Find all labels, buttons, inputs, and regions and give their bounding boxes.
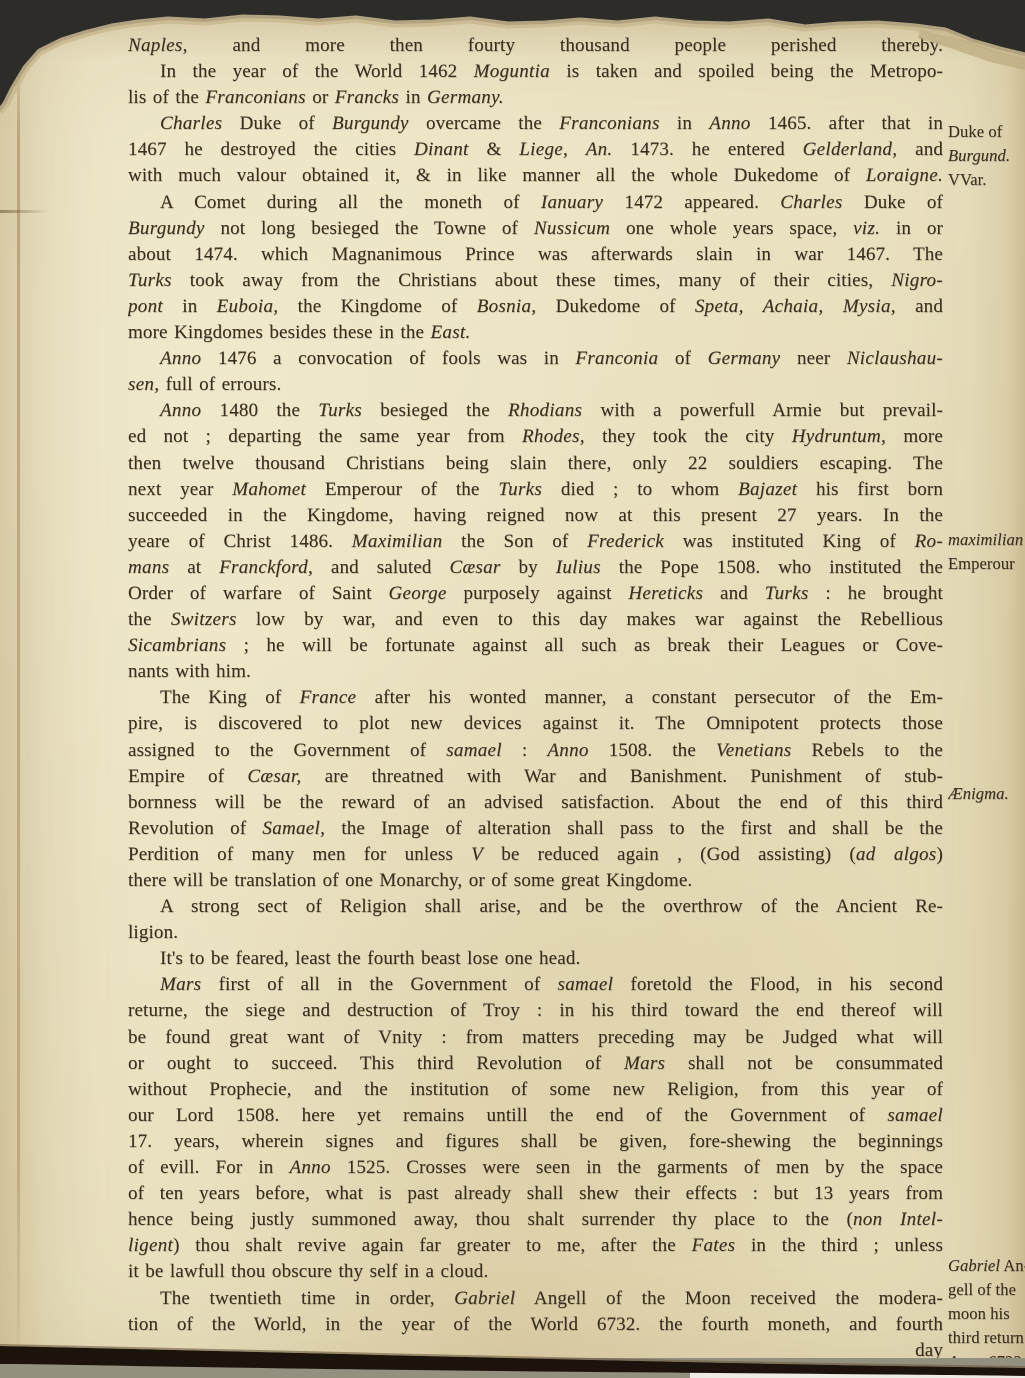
text-segment: in the third ; unless (735, 1235, 943, 1256)
text-line: yeare of Christ 1486. Maximilian the Son… (128, 529, 943, 555)
text-segment: they took the city (585, 426, 792, 447)
margin-note-line: Emperour (948, 552, 1025, 576)
horizontal-crease-mark (0, 210, 48, 213)
text-line: assigned to the Government of samael : A… (128, 738, 943, 764)
italic-text-segment: Rhodes, (522, 426, 585, 447)
italic-text-segment: Gabriel (454, 1288, 515, 1309)
text-segment: of ten years before, what is past alread… (128, 1183, 943, 1204)
margin-note-line: Anno 6732. (948, 1350, 1025, 1374)
italic-text-segment: Anno (289, 1157, 330, 1178)
italic-text-segment: Nussicum (534, 218, 610, 239)
italic-text-segment: maximilian (948, 530, 1023, 549)
text-line: about 1474. which Magnanimous Prince was… (128, 242, 943, 268)
italic-text-segment: ad algos (856, 844, 937, 865)
text-line: of evill. For in Anno 1525. Crosses were… (128, 1155, 943, 1181)
italic-text-segment: Gelderland, (803, 139, 898, 160)
text-segment: are threatned with War and Banishment. P… (301, 766, 943, 787)
text-segment: day (915, 1340, 943, 1361)
text-line: 17. years, wherein signes and figures sh… (128, 1129, 943, 1155)
italic-text-segment: pont (128, 296, 163, 317)
italic-text-segment: Anno (160, 400, 201, 421)
margin-note-line: VVar. (948, 168, 1025, 192)
italic-text-segment: Moguntia (474, 61, 550, 82)
text-line: A strong sect of Religion shall arise, a… (128, 894, 943, 920)
text-line: Naples, and more then fourty thousand pe… (128, 33, 943, 59)
italic-text-segment: samael (887, 1105, 943, 1126)
text-segment: An- (1000, 1256, 1025, 1275)
text-segment: in or (880, 218, 943, 239)
text-line: sen, full of errours. (128, 372, 943, 398)
book-page-scan: Naples, and more then fourty thousand pe… (0, 0, 1025, 1378)
italic-text-segment: Euboia, (217, 296, 279, 317)
text-segment: our Lord 1508. here yet remains untill t… (128, 1105, 887, 1126)
margin-note-line: maximilian (948, 528, 1025, 552)
italic-text-segment: Germany (708, 348, 781, 369)
text-line: A Comet during all the moneth of Ianuary… (128, 190, 943, 216)
text-line: Sicambrians ; he will be fortunate again… (128, 633, 943, 659)
text-segment: be found great want of Vnity : from matt… (128, 1027, 943, 1048)
text-segment: or (306, 87, 335, 108)
text-segment: of evill. For in (128, 1157, 289, 1178)
text-segment: 1467 he destroyed the cities (128, 139, 414, 160)
text-segment: besieged the (362, 400, 508, 421)
italic-text-segment: Ro- (915, 531, 943, 552)
italic-text-segment: sen, (128, 374, 159, 395)
text-segment: purposely against (447, 583, 629, 604)
text-segment: 1476 a convocation of fools was in (201, 348, 575, 369)
italic-text-segment: Franckford, (219, 557, 313, 578)
text-segment: one whole years space, (610, 218, 853, 239)
text-segment: be reduced again , (God assisting) ( (483, 844, 856, 865)
italic-text-segment: Fates (692, 1235, 736, 1256)
text-segment: more (886, 426, 943, 447)
text-segment: by (501, 557, 556, 578)
text-line: next year Mahomet Emperour of the Turks … (128, 477, 943, 503)
text-line: with much valour obtained it, & in like … (128, 163, 943, 189)
italic-text-segment: Anno (160, 348, 201, 369)
text-line: Order of warfare of Saint George purpose… (128, 581, 943, 607)
text-segment: moon his (948, 1304, 1010, 1323)
text-segment: Perdition of many men for unless (128, 844, 471, 865)
italic-text-segment: Cæsar (449, 557, 500, 578)
text-segment: Order of warfare of Saint (128, 583, 389, 604)
text-segment: the Son of (442, 531, 587, 552)
text-segment: after his wonted manner, a constant pers… (356, 687, 943, 708)
text-segment: 1472 appeared. (603, 192, 780, 213)
text-segment: Revolution of (128, 818, 262, 839)
text-segment: The King of (160, 687, 300, 708)
italic-text-segment: Bosnia, (477, 296, 537, 317)
text-line: succeeded in the Kingdome, having reigne… (128, 503, 943, 529)
text-segment: It's to be feared, least the fourth beas… (160, 948, 580, 969)
italic-text-segment: Iulius (556, 557, 601, 578)
text-segment: in (163, 296, 217, 317)
margin-note-line: Duke of (948, 120, 1025, 144)
italic-text-segment: Burgundy (332, 113, 409, 134)
italic-text-segment: Charles (780, 192, 842, 213)
text-line: there will be translation of one Monarch… (128, 868, 943, 894)
italic-text-segment: Anno 6732. (948, 1352, 1025, 1371)
text-segment: more Kingdomes besides these in the (128, 322, 431, 343)
text-segment: at (169, 557, 219, 578)
text-segment: overcame the (409, 113, 560, 134)
text-line: nants with him. (128, 659, 943, 685)
text-segment: assigned to the Government of (128, 740, 446, 761)
italic-text-segment: Gabriel (948, 1256, 1000, 1275)
text-segment: or ought to succeed. This third Revoluti… (128, 1053, 624, 1074)
text-segment: & (469, 139, 520, 160)
italic-text-segment: V (471, 844, 483, 865)
text-line: pire, is discovered to plot new devices … (128, 711, 943, 737)
text-segment: nants with him. (128, 661, 251, 682)
margin-notes-column: Duke ofBurgund.VVar.maximilianEmperourÆn… (948, 0, 1025, 1378)
text-segment: succeeded in the Kingdome, having reigne… (128, 505, 943, 526)
text-line: ligent) thou shalt revive again far grea… (128, 1233, 943, 1259)
text-line: Empire of Cæsar, are threatned with War … (128, 764, 943, 790)
text-segment: of (658, 348, 707, 369)
body-text-column: Naples, and more then fourty thousand pe… (128, 33, 943, 1364)
margin-note-line: Ænigma. (948, 782, 1025, 806)
margin-note-line: third return (948, 1326, 1025, 1350)
text-line: day (128, 1338, 943, 1364)
text-segment: Emperour (948, 554, 1015, 573)
italic-text-segment: Burgund. (948, 146, 1010, 165)
text-segment: ; he will be fortunate against all such … (226, 635, 943, 656)
text-segment: with a powerfull Armie but prevail- (582, 400, 943, 421)
italic-text-segment: Bajazet (738, 479, 797, 500)
text-segment: was instituted King of (664, 531, 915, 552)
text-line: ed not ; departing the same year from Rh… (128, 424, 943, 450)
text-segment: Duke of (948, 122, 1002, 141)
text-line: Burgundy not long besieged the Towne of … (128, 216, 943, 242)
text-line: Charles Duke of Burgundy overcame the Fr… (128, 111, 943, 137)
italic-text-segment: Naples, (128, 35, 188, 56)
text-line: then twelve thousand Christians being sl… (128, 451, 943, 477)
text-segment: in (399, 87, 427, 108)
text-line: hence being justly summoned away, thou s… (128, 1207, 943, 1233)
italic-text-segment: Anno (709, 113, 750, 134)
italic-text-segment: Frederick (587, 531, 664, 552)
italic-text-segment: Anno (547, 740, 588, 761)
text-segment: and (896, 296, 943, 317)
text-segment: and (703, 583, 765, 604)
text-segment: third return (948, 1328, 1024, 1347)
margin-note: Gabriel An-gell of themoon histhird retu… (948, 1254, 1025, 1374)
text-segment: : he brought (809, 583, 943, 604)
text-segment: shall not be consummated (665, 1053, 943, 1074)
text-segment: neer (780, 348, 846, 369)
vertical-fold-crease (17, 34, 20, 1354)
text-segment: first of all in the Government of (201, 974, 557, 995)
italic-text-segment: George (389, 583, 447, 604)
text-segment: low by war, and even to this day makes w… (237, 609, 943, 630)
italic-text-segment: France (300, 687, 357, 708)
text-line: our Lord 1508. here yet remains untill t… (128, 1103, 943, 1129)
text-segment: In the year of the World 1462 (160, 61, 474, 82)
italic-text-segment: Mars (624, 1053, 665, 1074)
text-segment: full of errours. (159, 374, 281, 395)
italic-text-segment: viz. (853, 218, 880, 239)
text-segment: yeare of Christ 1486. (128, 531, 352, 552)
text-segment: and more then fourty thousand people per… (188, 35, 943, 56)
text-segment: foretold the Flood, in his second (613, 974, 943, 995)
text-line: lis of the Franconians or Francks in Ger… (128, 85, 943, 111)
text-segment: then twelve thousand Christians being sl… (128, 453, 943, 474)
text-line: The twentieth time in order, Gabriel Ang… (128, 1286, 943, 1312)
italic-text-segment: Speta, Achaia, Mysia, (695, 296, 896, 317)
italic-text-segment: Ianuary (541, 192, 603, 213)
italic-text-segment: Maximilian (352, 531, 443, 552)
text-segment: Duke of (843, 192, 943, 213)
italic-text-segment: Switzers (171, 609, 237, 630)
italic-text-segment: Turks (765, 583, 809, 604)
italic-text-segment: Samael, (262, 818, 325, 839)
text-segment: A strong sect of Religion shall arise, a… (160, 896, 943, 917)
text-line: It's to be feared, least the fourth beas… (128, 946, 943, 972)
text-segment: 1525. Crosses were seen in the garments … (331, 1157, 943, 1178)
text-segment: the Pope 1508. who instituted the (601, 557, 943, 578)
text-line: Turks took away from the Christians abou… (128, 268, 943, 294)
italic-text-segment: Nigro- (891, 270, 943, 291)
text-segment: ligion. (128, 922, 178, 943)
text-line: or ought to succeed. This third Revoluti… (128, 1051, 943, 1077)
text-line: The King of France after his wonted mann… (128, 685, 943, 711)
italic-text-segment: Loraigne. (866, 165, 943, 186)
text-line: Revolution of Samael, the Image of alter… (128, 816, 943, 842)
italic-text-segment: Burgundy (128, 218, 205, 239)
margin-note: Duke ofBurgund.VVar. (948, 120, 1025, 192)
text-segment: gell of the (948, 1280, 1016, 1299)
text-segment: 1508. the (589, 740, 716, 761)
italic-text-segment: Francks (335, 87, 399, 108)
italic-text-segment: Mahomet (232, 479, 306, 500)
text-segment: lis of the (128, 87, 205, 108)
text-segment: next year (128, 479, 232, 500)
text-line: be found great want of Vnity : from matt… (128, 1025, 943, 1051)
text-segment: it be lawfull thou obscure thy self in a… (128, 1261, 488, 1282)
text-line: bornness will be the reward of an advise… (128, 790, 943, 816)
italic-text-segment: Rhodians (508, 400, 582, 421)
text-line: tion of the World, in the year of the Wo… (128, 1312, 943, 1338)
margin-note: Ænigma. (948, 782, 1025, 806)
italic-text-segment: Franconia (575, 348, 658, 369)
italic-text-segment: Sicambrians (128, 635, 226, 656)
text-line: Mars first of all in the Government of s… (128, 972, 943, 998)
margin-note: maximilianEmperour (948, 528, 1025, 576)
text-line: mans at Franckford, and saluted Cæsar by… (128, 555, 943, 581)
text-segment: 1473. he entered (613, 139, 803, 160)
text-line: it be lawfull thou obscure thy self in a… (128, 1259, 943, 1285)
text-segment: the (128, 609, 171, 630)
text-segment: A Comet during all the moneth of (160, 192, 541, 213)
italic-text-segment: Germany. (427, 87, 504, 108)
text-segment: took away from the Christians about thes… (172, 270, 891, 291)
italic-text-segment: mans (128, 557, 169, 578)
text-segment: there will be translation of one Monarch… (128, 870, 692, 891)
text-segment: 1465. after that in (751, 113, 943, 134)
text-line: Perdition of many men for unless V be re… (128, 842, 943, 868)
text-segment: not long besieged the Towne of (205, 218, 534, 239)
text-segment: his first born (797, 479, 943, 500)
text-segment: and (897, 139, 943, 160)
text-segment: died ; to whom (542, 479, 738, 500)
text-line: 1467 he destroyed the cities Dinant & Li… (128, 137, 943, 163)
text-line: ligion. (128, 920, 943, 946)
text-segment: The twentieth time in order, (160, 1288, 454, 1309)
italic-text-segment: Turks (498, 479, 542, 500)
italic-text-segment: samael (558, 974, 614, 995)
text-line: Anno 1480 the Turks besieged the Rhodian… (128, 398, 943, 424)
text-segment: 17. years, wherein signes and figures sh… (128, 1131, 943, 1152)
italic-text-segment: Turks (128, 270, 172, 291)
text-segment: Empire of (128, 766, 247, 787)
italic-text-segment: Hydruntum, (792, 426, 886, 447)
margin-note-line: moon his (948, 1302, 1025, 1326)
text-segment: tion of the World, in the year of the Wo… (128, 1314, 943, 1335)
text-line: of ten years before, what is past alread… (128, 1181, 943, 1207)
text-line: returne, the siege and destruction of Tr… (128, 998, 943, 1024)
text-segment: Rebels to the (792, 740, 943, 761)
margin-note-line: gell of the (948, 1278, 1025, 1302)
text-segment: ) thou shalt revive again far greater to… (173, 1235, 691, 1256)
text-segment: with much valour obtained it, & in like … (128, 165, 866, 186)
text-segment: the Image of alteration shall pass to th… (325, 818, 943, 839)
text-segment: in (660, 113, 710, 134)
text-segment: the Kingdome of (278, 296, 476, 317)
italic-text-segment: Liege, An. (519, 139, 612, 160)
text-segment: Dukedome of (536, 296, 695, 317)
italic-text-segment: Venetians (716, 740, 792, 761)
italic-text-segment: non Intel- (853, 1209, 943, 1230)
text-segment: 1480 the (201, 400, 318, 421)
text-segment: hence being justly summoned away, thou s… (128, 1209, 853, 1230)
italic-text-segment: samael (446, 740, 502, 761)
text-line: In the year of the World 1462 Moguntia i… (128, 59, 943, 85)
text-segment: is taken and spoiled being the Metropo- (550, 61, 943, 82)
italic-text-segment: Charles (160, 113, 222, 134)
italic-text-segment: Cæsar, (247, 766, 301, 787)
text-segment: ) (937, 844, 943, 865)
italic-text-segment: Ænigma. (948, 784, 1009, 803)
italic-text-segment: Franconians (559, 113, 659, 134)
text-segment: bornness will be the reward of an advise… (128, 792, 943, 813)
italic-text-segment: Turks (318, 400, 362, 421)
text-segment: Angell of the Moon received the modera- (515, 1288, 943, 1309)
text-line: Anno 1476 a convocation of fools was in … (128, 346, 943, 372)
text-segment: Emperour of the (306, 479, 498, 500)
italic-text-segment: ligent (128, 1235, 173, 1256)
text-segment: Duke of (222, 113, 332, 134)
margin-note-line: Gabriel An- (948, 1254, 1025, 1278)
text-segment: ed not ; departing the same year from (128, 426, 522, 447)
italic-text-segment: Dinant (414, 139, 469, 160)
text-segment: VVar. (948, 170, 987, 189)
italic-text-segment: Niclaushau- (847, 348, 943, 369)
text-segment: and saluted (313, 557, 449, 578)
text-segment: returne, the siege and destruction of Tr… (128, 1000, 943, 1021)
text-line: without Prophecie, and the institution o… (128, 1077, 943, 1103)
italic-text-segment: Hereticks (628, 583, 703, 604)
text-segment: : (502, 740, 548, 761)
italic-text-segment: Mars (160, 974, 201, 995)
text-segment: about 1474. which Magnanimous Prince was… (128, 244, 943, 265)
italic-text-segment: Franconians (205, 87, 305, 108)
text-line: pont in Euboia, the Kingdome of Bosnia, … (128, 294, 943, 320)
text-segment: pire, is discovered to plot new devices … (128, 713, 943, 734)
text-line: more Kingdomes besides these in the East… (128, 320, 943, 346)
margin-note-line: Burgund. (948, 144, 1025, 168)
text-line: the Switzers low by war, and even to thi… (128, 607, 943, 633)
text-segment: without Prophecie, and the institution o… (128, 1079, 943, 1100)
italic-text-segment: East. (431, 322, 471, 343)
